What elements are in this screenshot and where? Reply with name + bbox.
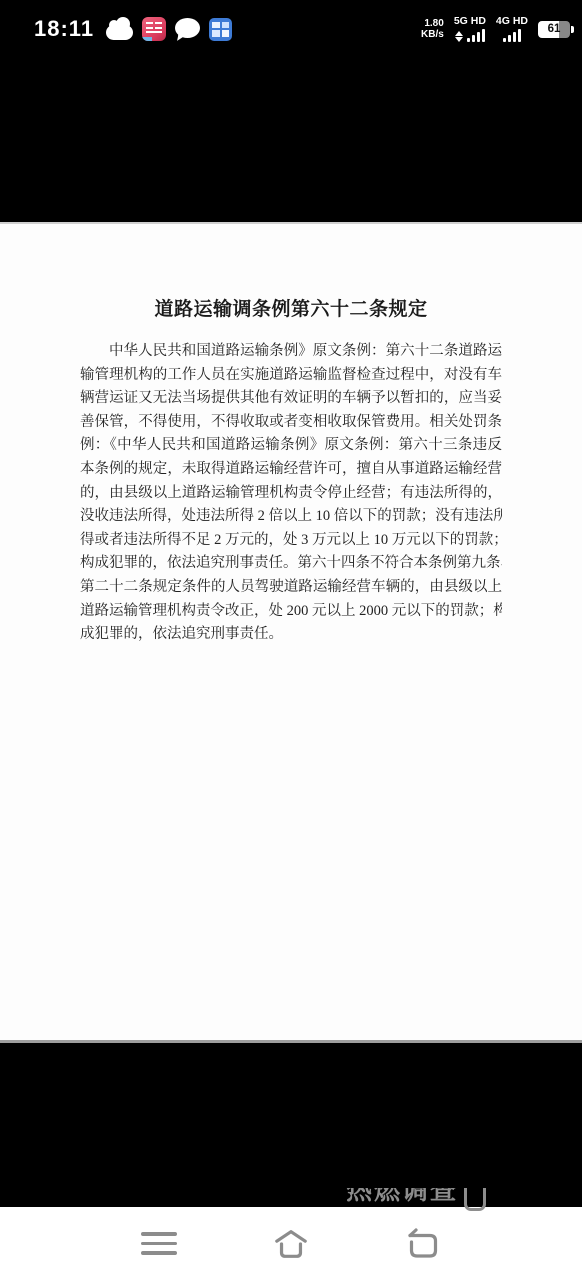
home-icon — [273, 1227, 309, 1261]
article-line: 辆营运证又无法当场提供其他有效证明的车辆予以暂扣的，应当妥 — [80, 387, 502, 411]
article-line: 没收违法所得，处违法所得 2 倍以上 10 倍以下的罚款；没有违法所 — [80, 505, 502, 529]
article-line: 得或者违法所得不足 2 万元的，处 3 万元以上 10 万元以下的罚款； — [80, 529, 502, 553]
message-bubble-icon — [175, 18, 200, 38]
article-line: 善保管，不得使用，不得收取或者变相收取保管费用。相关处罚条 — [80, 411, 502, 435]
sim2-signal-bars-icon — [503, 29, 521, 42]
article-line: 第二十二条规定条件的人员驾驶道路运输经营车辆的，由县级以上 — [80, 576, 502, 600]
phone-screen: 18:11 1.80 KB/s 5G HD 4G H — [0, 0, 582, 1280]
network-speed-unit: KB/s — [421, 29, 444, 40]
article-line: 输管理机构的工作人员在实施道路运输监督检查过程中，对没有车 — [80, 364, 502, 388]
watermark-text: 热燃调查 — [346, 1188, 458, 1203]
recents-menu-button[interactable] — [141, 1227, 177, 1261]
sim1-signal: 5G HD — [454, 16, 486, 42]
blue-app-notification-icon — [209, 18, 232, 41]
article-line: 本条例的规定，未取得道路运输经营许可，擅自从事道路运输经营 — [80, 458, 502, 482]
phone-outline-icon — [464, 1188, 486, 1211]
article-line: 例：《中华人民共和国道路运输条例》原文条例：第六十三条违反 — [80, 434, 502, 458]
sim1-network-label: 5G HD — [454, 16, 486, 27]
watermark: 热燃调查 — [346, 1188, 526, 1213]
navigation-bar — [0, 1207, 582, 1280]
red-app-notification-icon — [142, 17, 166, 41]
article-line: 的，由县级以上道路运输管理机构责令停止经营；有违法所得的， — [80, 482, 502, 506]
status-bar: 18:11 1.80 KB/s 5G HD 4G H — [0, 8, 582, 50]
back-button[interactable] — [405, 1227, 441, 1261]
sim2-signal: 4G HD — [496, 16, 528, 42]
sim2-network-label: 4G HD — [496, 16, 528, 27]
back-icon — [405, 1228, 441, 1260]
document-card: 道路运输调条例第六十二条规定 中华人民共和国道路运输条例》原文条例：第六十二条道… — [0, 222, 582, 1043]
article-line: 道路运输管理机构责令改正，处 200 元以上 2000 元以下的罚款；构 — [80, 600, 502, 624]
menu-icon — [141, 1232, 177, 1255]
clock-text: 18:11 — [34, 16, 94, 42]
sim1-signal-bars-icon — [455, 29, 485, 42]
page-title: 道路运输调条例第六十二条规定 — [0, 294, 582, 321]
weather-cloud-icon — [106, 25, 133, 40]
network-speed-value: 1.80 — [421, 18, 444, 29]
battery-percent: 61 — [548, 23, 561, 35]
status-bar-right: 1.80 KB/s 5G HD 4G HD 61 — [421, 16, 570, 42]
notification-icons — [106, 17, 232, 41]
article-line: 中华人民共和国道路运输条例》原文条例：第六十二条道路运 — [80, 340, 502, 364]
home-button[interactable] — [273, 1227, 309, 1261]
data-transfer-arrows-icon — [455, 31, 463, 42]
article-body: 中华人民共和国道路运输条例》原文条例：第六十二条道路运 输管理机构的工作人员在实… — [80, 340, 502, 647]
article-line: 构成犯罪的，依法追究刑事责任。第六十四条不符合本条例第九条、 — [80, 552, 502, 576]
battery-icon: 61 — [538, 21, 570, 38]
article-line: 成犯罪的，依法追究刑事责任。 — [80, 623, 502, 647]
network-speed: 1.80 KB/s — [421, 18, 444, 40]
